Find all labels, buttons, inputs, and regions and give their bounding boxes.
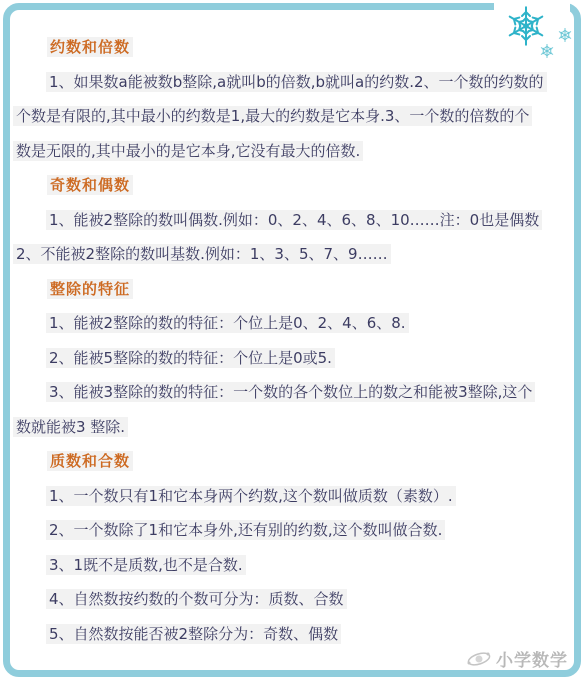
snowflake-decoration xyxy=(500,4,580,64)
section-heading: 质数和合数 xyxy=(13,444,564,479)
paragraph-line: 3、1既不是质数,也不是合数. xyxy=(13,548,564,583)
snowflake-small-icon xyxy=(558,28,572,42)
snowflake-large-icon xyxy=(506,6,546,46)
paragraph-line: 1、一个数只有1和它本身两个约数,这个数叫做质数（素数）. xyxy=(13,479,564,514)
section-heading-label: 整除的特征 xyxy=(47,279,133,299)
section-heading-label: 质数和合数 xyxy=(47,451,133,471)
section-heading: 整除的特征 xyxy=(13,272,564,307)
paragraph-line: 2、一个数除了1和它本身外,还有别的约数,这个数叫做合数. xyxy=(13,513,564,548)
snowflake-small-icon xyxy=(540,44,554,58)
paragraph-line: 个数是有限的,其中最小的约数是1,最大的约数是它本身.3、一个数的倍数的个 xyxy=(13,99,564,134)
paragraph-line: 1、能被2整除的数的特征：个位上是0、2、4、6、8. xyxy=(13,306,564,341)
section-heading: 约数和倍数 xyxy=(13,30,564,65)
section-heading-label: 奇数和偶数 xyxy=(47,175,133,195)
paragraph-line: 3、能被3整除的数的特征：一个数的各个数位上的数之和能被3整除,这个 xyxy=(13,375,564,410)
watermark: 小学数学 xyxy=(466,646,568,671)
paragraph-line: 1、如果数a能被数b整除,a就叫b的倍数,b就叫a的约数.2、一个数的约数的 xyxy=(13,65,564,100)
paragraph-line: 2、不能被2整除的数叫基数.例如：1、3、5、7、9…… xyxy=(13,237,564,272)
paragraph-line: 数就能被3 整除. xyxy=(13,410,564,445)
paragraph-line: 2、能被5整除的数的特征：个位上是0或5. xyxy=(13,341,564,376)
paragraph-line: 1、能被2整除的数叫偶数.例如：0、2、4、6、8、10……注：0也是偶数 xyxy=(13,203,564,238)
atom-logo-icon xyxy=(466,648,492,670)
notes-body: 约数和倍数 1、如果数a能被数b整除,a就叫b的倍数,b就叫a的约数.2、一个数… xyxy=(10,10,574,651)
section-heading-label: 约数和倍数 xyxy=(47,37,133,57)
paragraph-line: 数是无限的,其中最小的是它本身,它没有最大的倍数. xyxy=(13,134,564,169)
section-heading: 奇数和偶数 xyxy=(13,168,564,203)
watermark-label: 小学数学 xyxy=(496,646,568,671)
paragraph-line: 4、自然数按约数的个数可分为：质数、合数 xyxy=(13,582,564,617)
